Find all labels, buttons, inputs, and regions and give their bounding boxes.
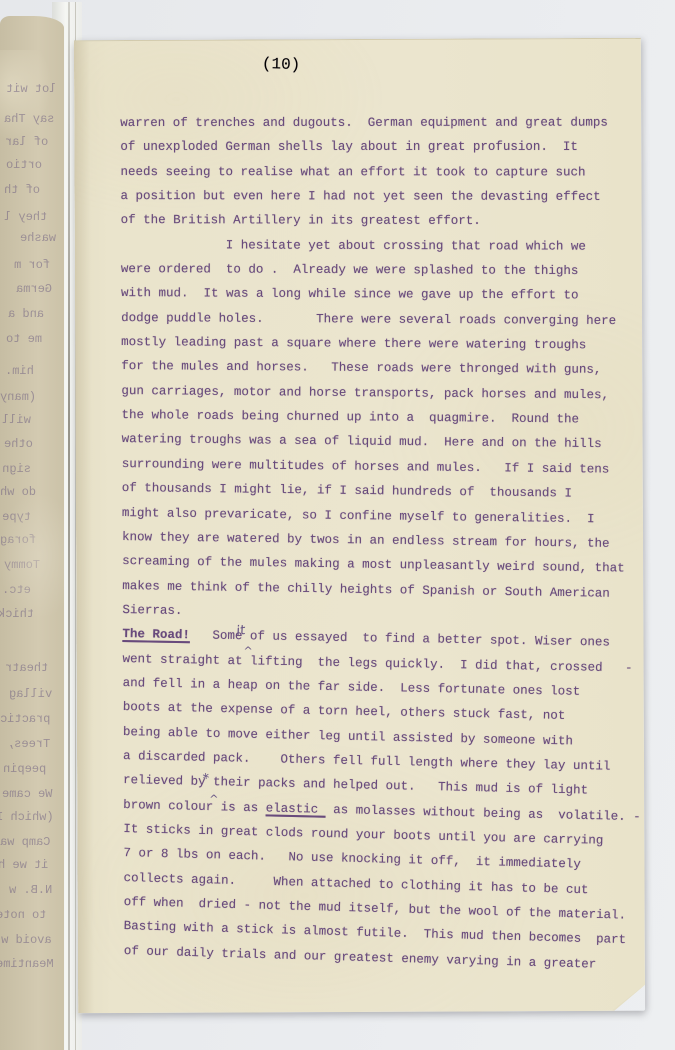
line-text: and fell in a heap on the far side. Less… — [123, 676, 581, 699]
line-text: of thousands I might lie, if I said hund… — [122, 481, 572, 500]
insertion-caret-icon: ^ — [244, 644, 253, 657]
mirrored-text-fragment: theatr — [5, 661, 48, 675]
line-text: surrounding were multitudes of horses an… — [122, 457, 610, 477]
mirrored-text-fragment: do wh — [0, 485, 36, 499]
line-text: Sierras. — [122, 603, 182, 618]
typewritten-line: with mud. It was a long while since we g… — [121, 281, 641, 308]
mirrored-text-fragment: of th — [4, 183, 40, 197]
mirrored-text-fragment: will — [2, 413, 31, 427]
mirrored-text-fragment: and a — [8, 307, 44, 321]
mirrored-text-fragment: washe — [20, 231, 56, 245]
line-text: watering troughs was a sea of liquid mud… — [122, 433, 602, 452]
line-text: for the mules and horses. These roads we… — [121, 359, 601, 377]
page-shadow: warren of trenches and dugouts. German e… — [74, 38, 645, 1013]
line-text: with mud. It was a long while since we g… — [121, 286, 579, 302]
line-text: were ordered to do . Already we were spl… — [121, 262, 579, 278]
binding-shadow — [74, 41, 94, 1013]
line-text: brown colour is as — [123, 798, 266, 815]
typewritten-line: I hesitate yet about crossing that road … — [121, 233, 641, 259]
previous-page-edge: lot witsay Thaof larortioof ththey lwash… — [0, 16, 64, 1050]
mirrored-text-fragment: to note — [0, 908, 46, 922]
mirrored-text-fragment: lot wit — [6, 82, 56, 96]
mirrored-text-fragment: Germa — [16, 282, 52, 296]
mirrored-text-fragment: We came — [2, 787, 52, 801]
mirrored-text-fragment: othe — [4, 437, 33, 451]
line-text: of unexploded German shells lay about in… — [120, 140, 578, 154]
line-text: makes me think of the chilly heights of … — [122, 579, 610, 601]
insertion-caret-icon: ^ — [209, 793, 218, 806]
mirrored-text-fragment: it we h — [0, 858, 48, 872]
mirrored-text-fragment: me to — [6, 332, 42, 346]
mirrored-text-fragment: him. — [5, 364, 34, 378]
typewritten-line: of unexploded German shells lay about in… — [120, 135, 640, 159]
typewritten-line: warren of trenches and dugouts. German e… — [120, 111, 640, 136]
line-text: dodge puddle holes. There were several r… — [121, 311, 616, 328]
line-text: screaming of the mules making a most unp… — [122, 554, 625, 575]
line-text: know they are watered by twos in an endl… — [122, 530, 610, 551]
typewritten-line: a position but even here I had not yet s… — [121, 184, 641, 209]
scanned-document-photo: lot witsay Thaof larortioof ththey lwash… — [0, 0, 675, 1050]
line-text: mostly leading past a square where there… — [121, 335, 586, 352]
line-text: of the British Artillery in its greatest… — [121, 213, 481, 228]
mirrored-text-fragment: of lar — [5, 135, 48, 149]
dog-ear-fold — [609, 980, 645, 1011]
mirrored-text-fragment: Trees, — [7, 737, 50, 751]
typewritten-line: dodge puddle holes. There were several r… — [121, 306, 641, 334]
line-text: warren of trenches and dugouts. German e… — [120, 116, 608, 130]
line-text: as molasses without being as volatile. - — [326, 802, 641, 823]
mirrored-text-fragment: avoid wr — [0, 933, 52, 947]
mirrored-text-fragment: practic — [0, 712, 50, 726]
mirrored-text-fragment: Tommy — [4, 558, 40, 572]
underlined-text: elastic — [266, 801, 326, 816]
mirrored-text-fragment: sign. — [0, 462, 31, 476]
mirrored-text-fragment: thick — [0, 607, 34, 621]
mirrored-text-fragment: villag — [9, 687, 52, 701]
typewritten-line: of the British Artillery in its greatest… — [121, 208, 641, 234]
mirrored-text-fragment: ortio — [6, 158, 42, 172]
typewritten-line: needs seeing to realise what an effort i… — [120, 160, 640, 185]
underlined-text: The Road! — [122, 627, 190, 642]
typewritten-text-block: warren of trenches and dugouts. German e… — [120, 109, 644, 963]
mirrored-text-fragment: forag — [0, 533, 36, 547]
line-text: needs seeing to realise what an effort i… — [120, 165, 585, 179]
mirrored-text-fragment: Meantime — [0, 957, 54, 971]
typewritten-line: for the mules and horses. These roads we… — [121, 354, 641, 382]
mirrored-text-fragment: Camp wa — [0, 835, 50, 849]
mirrored-text-fragment: etc. — [2, 583, 31, 597]
mirrored-text-fragment: (which I — [0, 810, 54, 824]
mirrored-text-fragment: they l — [4, 210, 47, 224]
scanned-page: warren of trenches and dugouts. German e… — [74, 38, 645, 1013]
page-number: (10) — [74, 46, 641, 87]
mirrored-text-fragment: for m — [14, 258, 50, 272]
typewritten-line: were ordered to do . Already we were spl… — [121, 257, 641, 284]
mirrored-text-fragment: say Tha — [4, 112, 54, 126]
handwritten-insertion: it — [235, 623, 246, 639]
mirrored-text-fragment: type. — [0, 510, 31, 524]
line-text: might also prevaricate, so I confine mys… — [122, 506, 595, 526]
line-text: the whole roads being churned up into a … — [121, 408, 579, 426]
line-text: boots at the expense of a torn heel, oth… — [123, 700, 566, 723]
handwritten-insertion: * — [202, 771, 211, 787]
mirrored-text-fragment: peepin — [3, 762, 46, 776]
line-text: went straight at lifting the legs quickl… — [122, 652, 632, 675]
line-text: Some of us essayed to find a better spot… — [190, 628, 610, 649]
mirrored-text-fragment: (many — [0, 390, 36, 404]
line-text: a position but even here I had not yet s… — [121, 189, 601, 204]
mirrored-text-fragment: N.B. w — [9, 883, 52, 897]
line-text: I hesitate yet about crossing that road … — [121, 238, 586, 254]
line-text: gun carriages, motor and horse transport… — [121, 384, 609, 402]
